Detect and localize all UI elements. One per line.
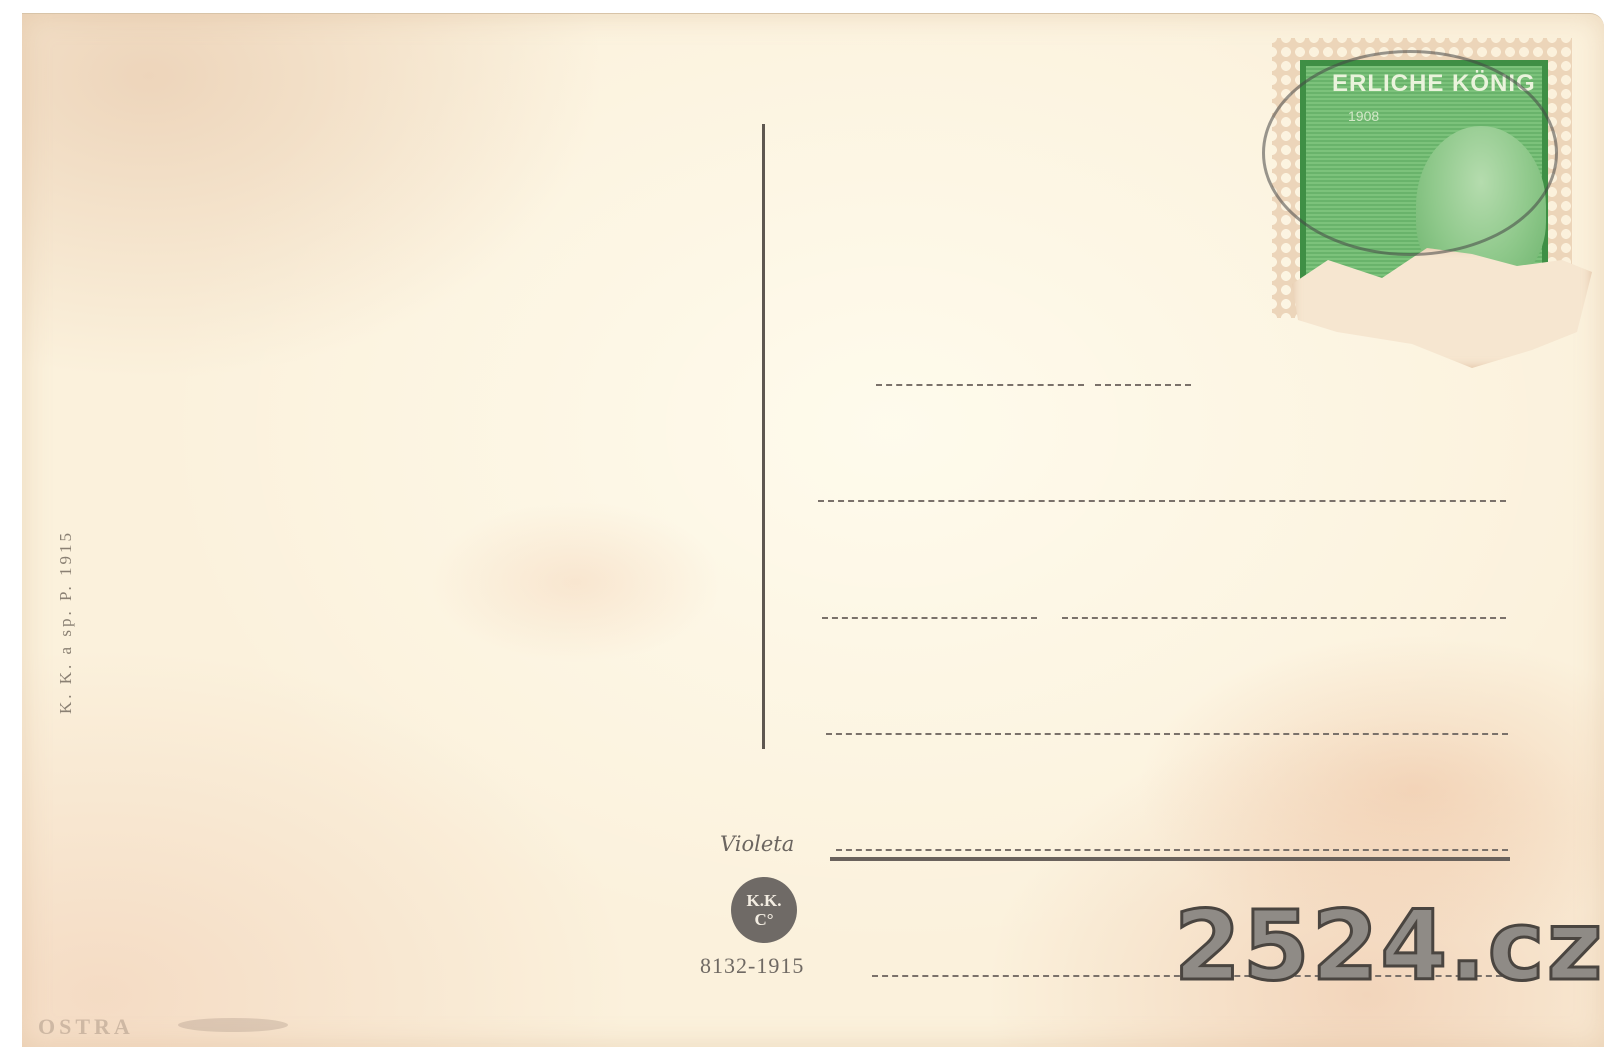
series-name: Violeta: [720, 832, 794, 856]
postmark-cancellation: [1262, 50, 1558, 256]
logo-line-2: C°: [754, 911, 773, 928]
logo-line-1: K.K.: [747, 892, 782, 909]
address-line: [1095, 384, 1191, 386]
publisher-logo: K.K. C°: [731, 877, 797, 943]
site-watermark: 2524.cz: [1174, 898, 1604, 994]
publisher-imprint: K. K. a sp. P. 1915: [56, 530, 76, 714]
catalog-number: 8132-1915: [700, 953, 804, 979]
address-line: [1062, 617, 1506, 619]
address-line: [876, 384, 1084, 386]
address-line: [818, 500, 1506, 502]
faint-embossed-text: OSTRA: [38, 1014, 134, 1040]
address-line-bold: [830, 857, 1510, 861]
faint-wings-emblem: [178, 1018, 288, 1032]
message-address-divider: [762, 124, 765, 749]
address-line: [826, 733, 1508, 735]
address-line: [822, 617, 1037, 619]
address-line: [836, 849, 1508, 851]
